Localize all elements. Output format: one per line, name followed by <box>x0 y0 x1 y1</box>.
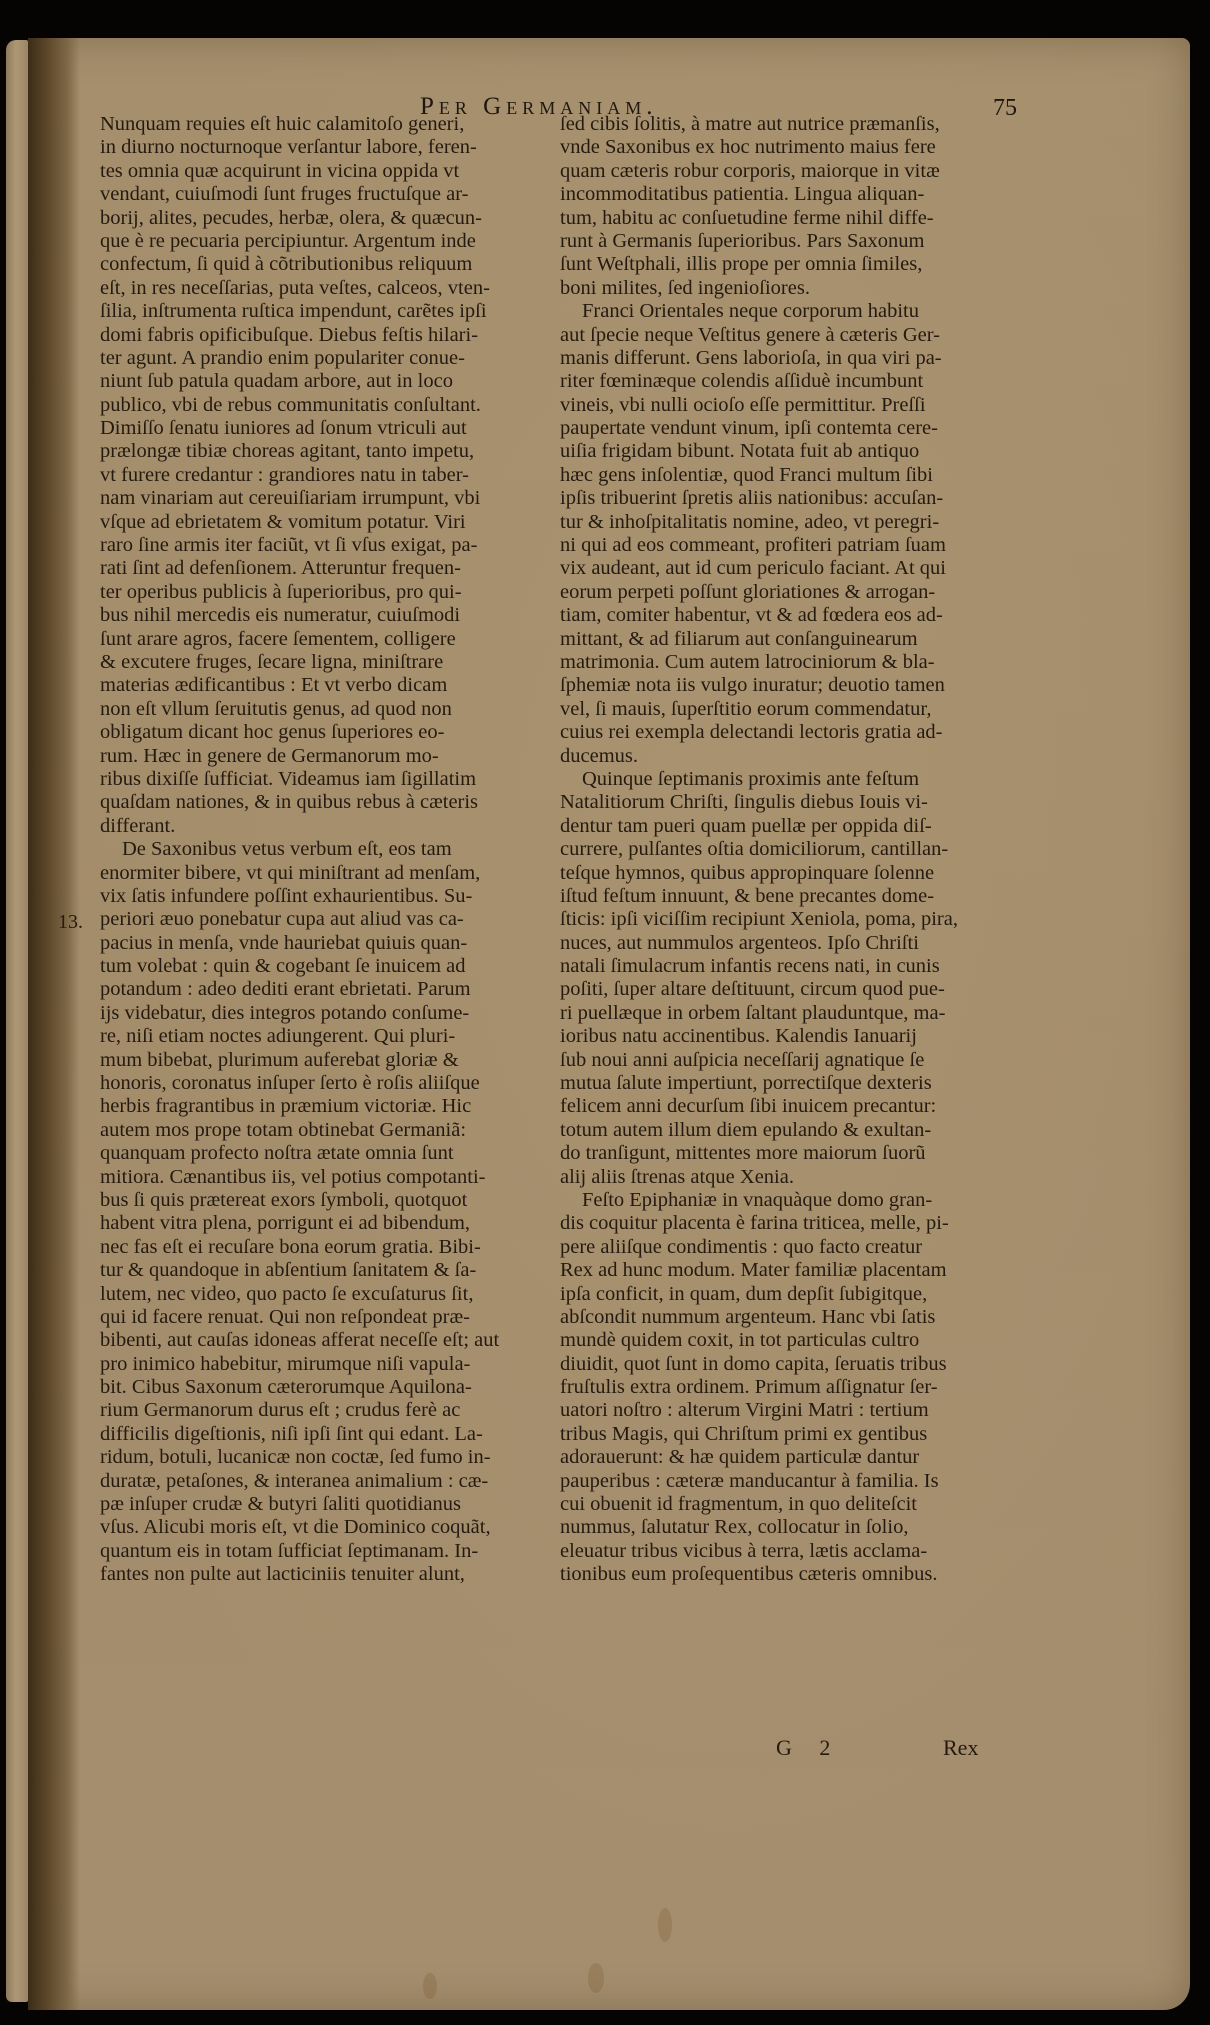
text-line: bibenti, aut cauſas idoneas afferat nece… <box>100 1329 545 1352</box>
text-line: re, niſi etiam noctes adiungerent. Qui p… <box>100 1025 545 1048</box>
text-line: potandum : adeo dediti erant ebrietati. … <box>100 978 545 1001</box>
text-line: mundè quidem coxit, in tot particulas cu… <box>560 1329 1005 1352</box>
catchword: Rex <box>943 1735 978 1761</box>
text-line: bit. Cibus Saxonum cæterorumque Aquilona… <box>100 1376 545 1399</box>
text-line: honoris, coronatus inſuper ſerto è roſis… <box>100 1072 545 1095</box>
text-line: ribus dixiſſe ſufficiat. Videamus iam ſi… <box>100 768 545 791</box>
text-line: iſtud feſtum innuunt, & bene precantes d… <box>560 885 1005 908</box>
text-line: Nunquam requies eſt huic calamitoſo gene… <box>100 113 545 136</box>
text-line: in diurno nocturnoque verſantur labore, … <box>100 136 545 159</box>
left-column: Nunquam requies eſt huic calamitoſo gene… <box>100 113 545 1587</box>
text-line: raro ſine armis iter faciũt, vt ſi vſus … <box>100 534 545 557</box>
text-line: tum volebat : quin & cogebant ſe inuicem… <box>100 955 545 978</box>
text-line: bus nihil mercedis eis numeratur, cuiuſm… <box>100 604 545 627</box>
text-line: enormiter bibere, vt qui miniſtrant ad m… <box>100 862 545 885</box>
text-line: quanquam profecto noſtra ætate omnia ſun… <box>100 1142 545 1165</box>
text-line: uiſia frigidam bibunt. Notata fuit ab an… <box>560 440 1005 463</box>
text-line: vix audeant, aut id cum periculo faciant… <box>560 557 1005 580</box>
text-line: tionibus eum proſequentibus cæteris omni… <box>560 1563 1005 1586</box>
text-line: Feſto Epiphaniæ in vnaquàque domo gran- <box>560 1189 1005 1212</box>
paper-stain <box>423 1973 437 1999</box>
text-line: ſticis: ipſi viciſſim recipiunt Xeniola,… <box>560 908 1005 931</box>
text-line: tum, habitu ac conſuetudine ferme nihil … <box>560 207 1005 230</box>
text-line: bus ſi quis prætereat exors ſymboli, quo… <box>100 1189 545 1212</box>
text-line: vel, ſi mauis, ſuperſtitio eorum commend… <box>560 698 1005 721</box>
text-line: ridum, botuli, lucanicæ non coctæ, ſed f… <box>100 1446 545 1469</box>
text-line: cui obuenit id fragmentum, in quo delite… <box>560 1493 1005 1516</box>
text-line: matrimonia. Cum autem latrociniorum & bl… <box>560 651 1005 674</box>
text-line: cuius rei exempla delectandi lectoris gr… <box>560 721 1005 744</box>
paper-stain <box>658 1908 672 1942</box>
text-line: ſub noui anni auſpicia neceſſarij agnati… <box>560 1049 1005 1072</box>
text-line: pro inimico habebitur, mirumque niſi vap… <box>100 1353 545 1376</box>
text-line: fantes non pulte aut lacticiniis tenuite… <box>100 1563 545 1586</box>
text-line: teſque hymnos, quibus appropinquare ſole… <box>560 862 1005 885</box>
text-line: lutem, nec video, quo pacto ſe excuſatur… <box>100 1283 545 1306</box>
text-line: tes omnia quæ acquirunt in vicina oppida… <box>100 160 545 183</box>
gutter-shadow <box>28 38 80 2010</box>
text-line: abſcondit nummum argenteum. Hanc vbi ſat… <box>560 1306 1005 1329</box>
text-line: eſt, in res neceſſarias, puta veſtes, ca… <box>100 277 545 300</box>
previous-page-edge <box>6 40 28 2002</box>
text-line: ioribus natu accinentibus. Kalendis Ianu… <box>560 1025 1005 1048</box>
text-line: ipſa conficit, in quam, dum depſit ſubig… <box>560 1283 1005 1306</box>
text-line: non eſt vllum ſeruitutis genus, ad quod … <box>100 698 545 721</box>
text-line: Quinque ſeptimanis proximis ante feſtum <box>560 768 1005 791</box>
text-line: tiam, comiter habentur, vt & ad fœdera e… <box>560 604 1005 627</box>
text-line: mittant, & ad filiarum aut conſanguinear… <box>560 628 1005 651</box>
text-line: nuces, aut nummulos argenteos. Ipſo Chri… <box>560 932 1005 955</box>
text-line: mum bibebat, plurimum auferebat gloriæ & <box>100 1049 545 1072</box>
text-line: quantum eis in totam ſufficiat ſeptimana… <box>100 1540 545 1563</box>
text-line: alij aliis ſtrenas atque Xenia. <box>560 1166 1005 1189</box>
text-line: dentur tam pueri quam puellæ per oppida … <box>560 815 1005 838</box>
text-line: aut ſpecie neque Veſtitus genere à cæter… <box>560 324 1005 347</box>
text-line: currere, pulſantes oſtia domiciliorum, c… <box>560 838 1005 861</box>
text-line: borij, alites, pecudes, herbæ, olera, & … <box>100 207 545 230</box>
text-line: De Saxonibus vetus verbum eſt, eos tam <box>100 838 545 861</box>
text-line: ni qui ad eos commeant, profiteri patria… <box>560 534 1005 557</box>
text-line: nummus, ſalutatur Rex, collocatur in ſol… <box>560 1516 1005 1539</box>
text-line: ri puellæque in orbem ſaltant plauduntqu… <box>560 1002 1005 1025</box>
text-line: quaſdam nationes, & in quibus rebus à cæ… <box>100 791 545 814</box>
text-line: tribus Magis, qui Chriſtum primi ex gent… <box>560 1423 1005 1446</box>
text-line: rati ſint ad defenſionem. Atteruntur fre… <box>100 557 545 580</box>
text-line: Dimiſſo ſenatu iuniores ad ſonum vtricul… <box>100 417 545 440</box>
text-line: pæ inſuper crudæ & butyri ſaliti quotidi… <box>100 1493 545 1516</box>
text-line: eorum perpeti poſſunt gloriationes & arr… <box>560 581 1005 604</box>
text-line: que è re pecuaria percipiuntur. Argentum… <box>100 230 545 253</box>
text-line: paupertate vendunt vinum, ipſi contemta … <box>560 417 1005 440</box>
text-line: pauperibus : cæteræ manducantur à famili… <box>560 1470 1005 1493</box>
text-line: rium Germanorum durus eſt ; crudus ferè … <box>100 1399 545 1422</box>
margin-note: 13. <box>58 911 83 934</box>
text-line: adorauerunt: & hæ quidem particulæ dantu… <box>560 1446 1005 1469</box>
text-line: pacius in menſa, vnde hauriebat quiuis q… <box>100 932 545 955</box>
text-line: Natalitiorum Chriſti, ſingulis diebus Io… <box>560 791 1005 814</box>
text-line: do tranſigunt, mittentes more maiorum ſu… <box>560 1142 1005 1165</box>
text-line: difficilis digeſtionis, niſi ipſi ſint q… <box>100 1423 545 1446</box>
text-line: hæc gens inſolentiæ, quod Franci multum … <box>560 464 1005 487</box>
text-line: habent vitra plena, porrigunt ei ad bibe… <box>100 1212 545 1235</box>
text-line: nam vinariam aut cereuiſiariam irrumpunt… <box>100 487 545 510</box>
text-line: ter agunt. A prandio enim populariter co… <box>100 347 545 370</box>
text-line: ſphemiæ nota iis vulgo inuratur; deuotio… <box>560 674 1005 697</box>
text-line: ducemus. <box>560 745 1005 768</box>
right-column: ſed cibis ſolitis, à matre aut nutrice p… <box>560 113 1005 1587</box>
text-line: vt furere credantur : grandiores natu in… <box>100 464 545 487</box>
text-line: vſque ad ebrietatem & vomitum potatur. V… <box>100 511 545 534</box>
text-line: rum. Hæc in genere de Germanorum mo- <box>100 745 545 768</box>
text-line: & excutere fruges, ſecare ligna, miniſtr… <box>100 651 545 674</box>
text-line: Franci Orientales neque corporum habitu <box>560 300 1005 323</box>
text-line: periori æuo ponebatur cupa aut aliud vas… <box>100 908 545 931</box>
text-line: runt à Germanis ſuperioribus. Pars Saxon… <box>560 230 1005 253</box>
text-line: eleuatur tribus vicibus à terra, lætis a… <box>560 1540 1005 1563</box>
text-line: ſed cibis ſolitis, à matre aut nutrice p… <box>560 113 1005 136</box>
text-line: nec fas eſt ei recuſare bona eorum grati… <box>100 1236 545 1259</box>
text-line: vineis, vbi nulli ocioſo eſſe permittitu… <box>560 394 1005 417</box>
text-line: ſunt Weſtphali, illis prope per omnia ſi… <box>560 253 1005 276</box>
text-line: Rex ad hunc modum. Mater familiæ placent… <box>560 1259 1005 1282</box>
text-line: duratæ, petaſones, & interanea animalium… <box>100 1470 545 1493</box>
text-line: felicem anni decurſum ſibi inuicem preca… <box>560 1095 1005 1118</box>
text-line: publico, vbi de rebus communitatis conſu… <box>100 394 545 417</box>
text-line: ſunt arare agros, facere ſementem, colli… <box>100 628 545 651</box>
text-line: herbis fragrantibus in præmium victoriæ.… <box>100 1095 545 1118</box>
text-line: uatori noſtro : alterum Virgini Matri : … <box>560 1399 1005 1422</box>
text-line: incommoditatibus patientia. Lingua aliqu… <box>560 183 1005 206</box>
text-line: vnde Saxonibus ex hoc nutrimento maius f… <box>560 136 1005 159</box>
text-line: materias ædificantibus : Et vt verbo dic… <box>100 674 545 697</box>
text-line: ſilia, inſtrumenta ruſtica impendunt, ca… <box>100 300 545 323</box>
book-page: Per Germaniam. 75 13. Nunquam requies eſ… <box>28 38 1190 2010</box>
text-line: natali ſimulacrum infantis recens nati, … <box>560 955 1005 978</box>
text-line: ijs videbatur, dies integros potando con… <box>100 1002 545 1025</box>
text-line: differant. <box>100 815 545 838</box>
text-line: mitiora. Cænantibus iis, vel potius comp… <box>100 1166 545 1189</box>
text-line: pere aliiſque condimentis : quo facto cr… <box>560 1236 1005 1259</box>
text-line: niunt ſub patula quadam arbore, aut in l… <box>100 370 545 393</box>
text-line: prælongæ tibiæ choreas agitant, tanto im… <box>100 440 545 463</box>
text-line: quam cæteris robur corporis, maiorque in… <box>560 160 1005 183</box>
paper-stain <box>588 1963 604 1993</box>
text-line: vſus. Alicubi moris eſt, vt die Dominico… <box>100 1516 545 1539</box>
text-line: confectum, ſi quid à cõtributionibus rel… <box>100 253 545 276</box>
text-line: riter fœminæque colendis aſſiduè incumbu… <box>560 370 1005 393</box>
text-line: dis coquitur placenta è farina triticea,… <box>560 1212 1005 1235</box>
text-line: diuidit, quot ſunt in domo capita, ſerua… <box>560 1353 1005 1376</box>
text-line: mutua ſalute impertiunt, porrectiſque de… <box>560 1072 1005 1095</box>
signature-mark: G 2 <box>776 1735 830 1761</box>
text-line: ipſis tribuerint ſpretis aliis nationibu… <box>560 487 1005 510</box>
text-line: tur & inhoſpitalitatis nomine, adeo, vt … <box>560 511 1005 534</box>
text-line: autem mos prope totam obtinebat Germaniã… <box>100 1119 545 1142</box>
text-line: vendant, cuiuſmodi ſunt fruges fructuſqu… <box>100 183 545 206</box>
text-line: boni milites, ſed ingenioſiores. <box>560 277 1005 300</box>
text-line: qui id facere renuat. Qui non reſpondeat… <box>100 1306 545 1329</box>
text-line: ter operibus publicis à ſuperioribus, pr… <box>100 581 545 604</box>
text-line: domi fabris opificibuſque. Diebus feſtis… <box>100 324 545 347</box>
text-line: tur & quandoque in abſentium ſanitatem &… <box>100 1259 545 1282</box>
text-line: poſiti, ſuper altare deſtituunt, circum … <box>560 978 1005 1001</box>
text-line: fruſtulis extra ordinem. Primum aſſignat… <box>560 1376 1005 1399</box>
text-line: obligatum dicant hoc genus ſuperiores eo… <box>100 721 545 744</box>
text-line: totum autem illum diem epulando & exulta… <box>560 1119 1005 1142</box>
text-line: vix ſatis infundere poſſint exhaurientib… <box>100 885 545 908</box>
text-line: manis differunt. Gens laborioſa, in qua … <box>560 347 1005 370</box>
